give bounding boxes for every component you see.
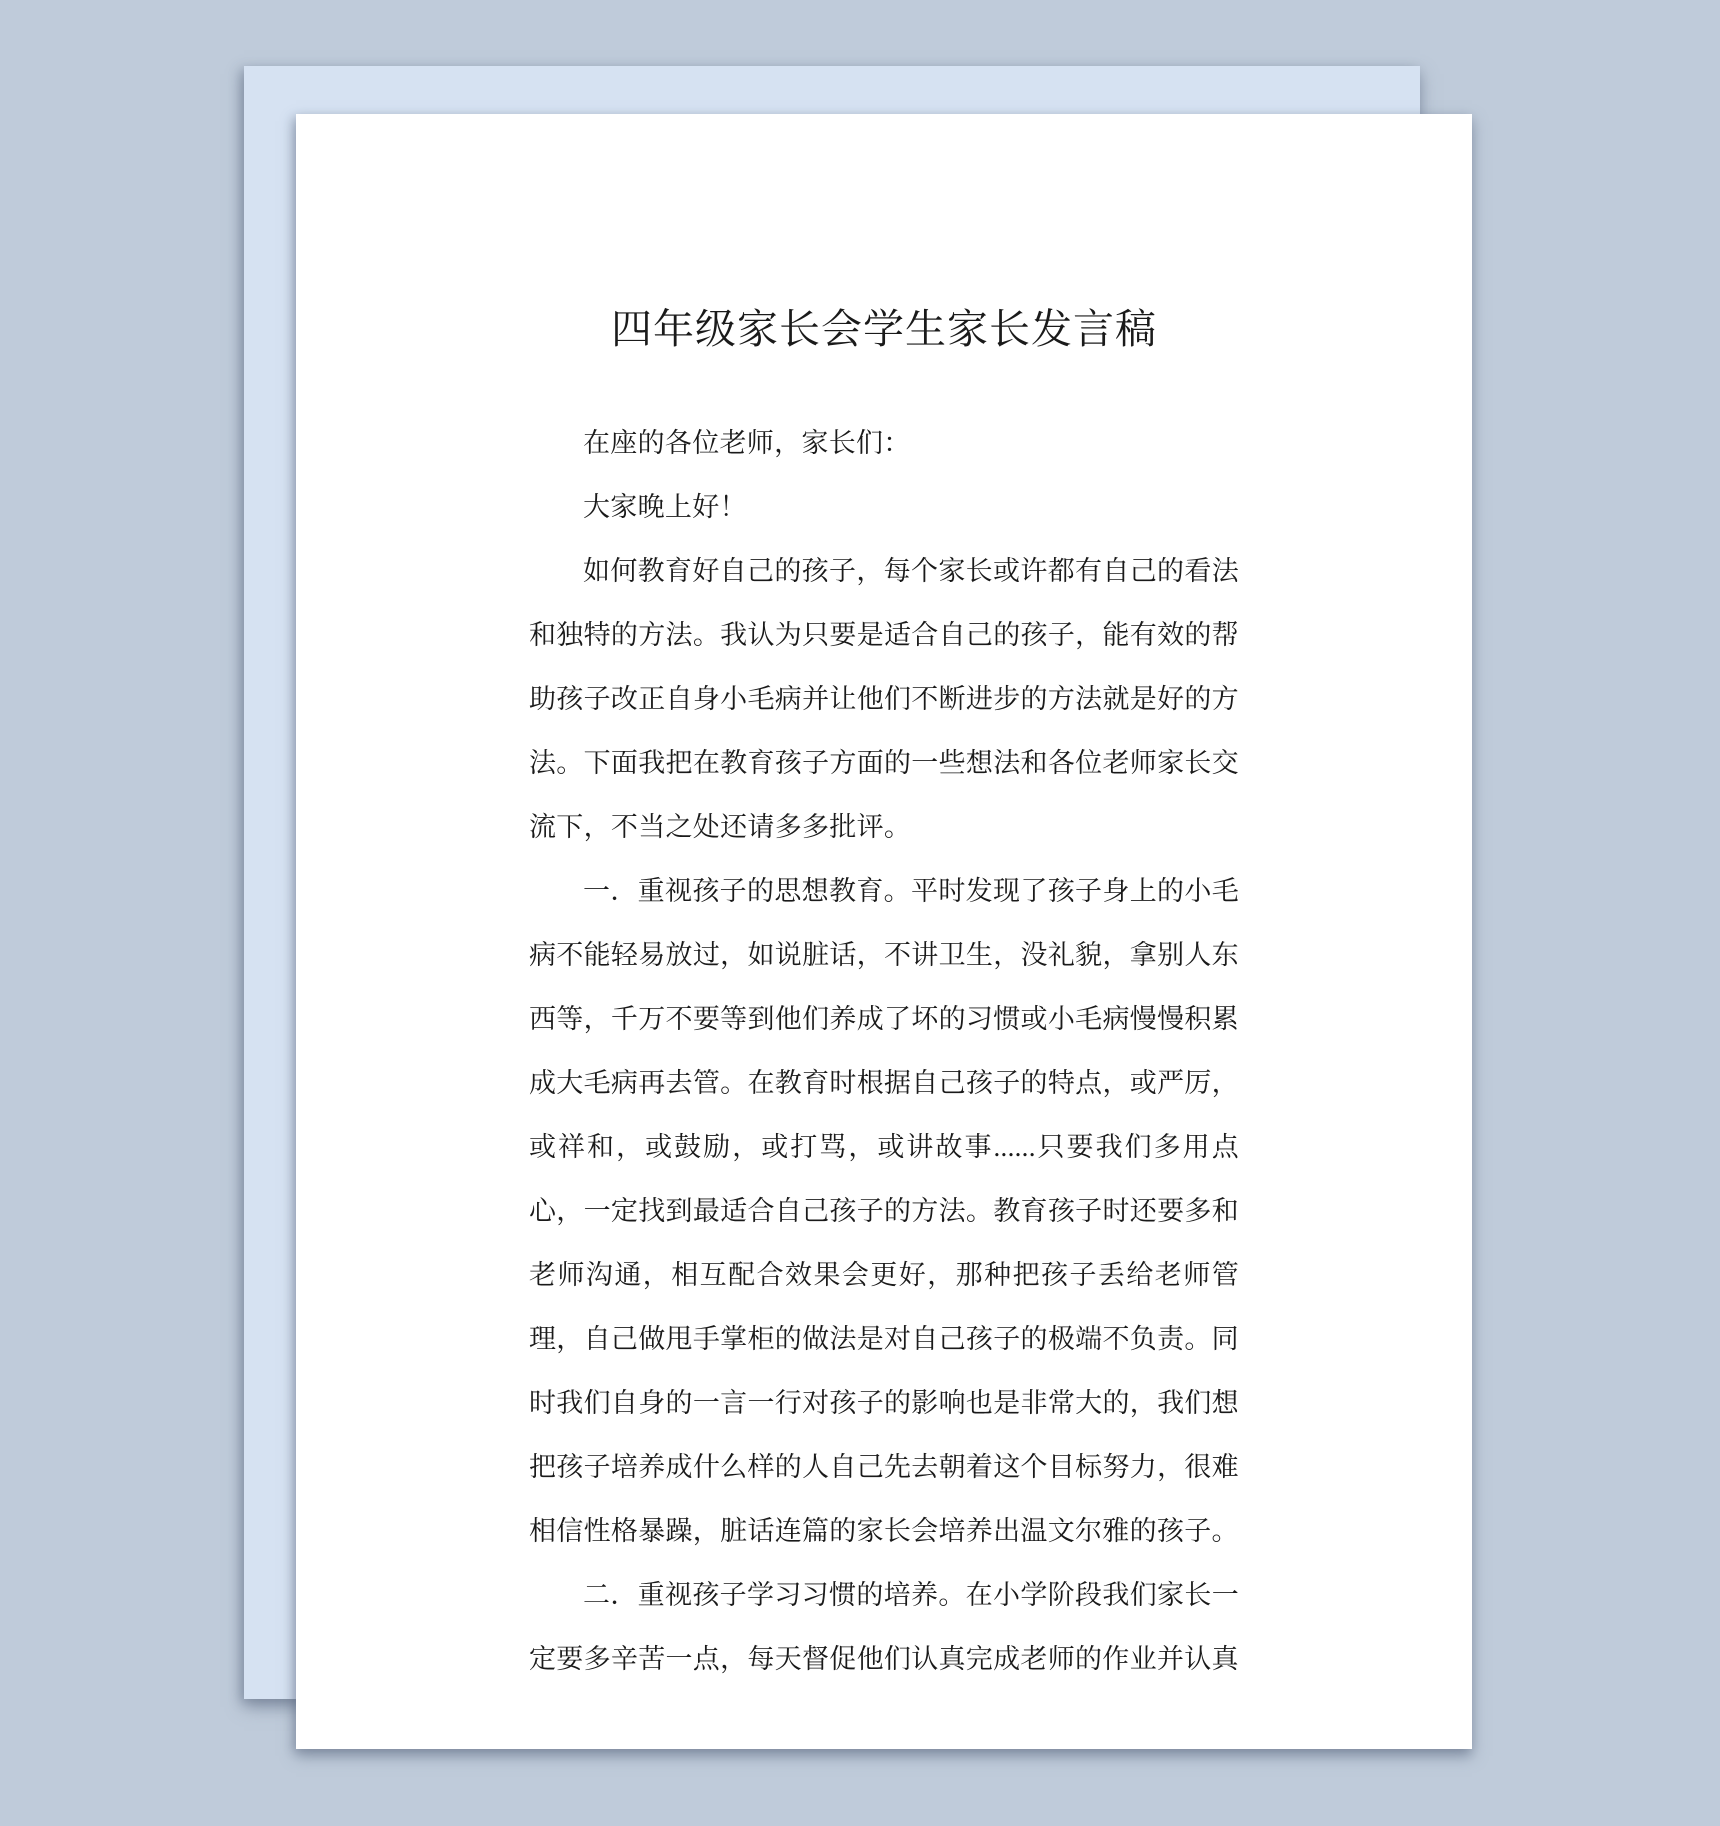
paragraph: 二．重视孩子学习习惯的培养。在小学阶段我们家长一定要多辛苦一点，每天督促他们认真… (529, 1563, 1239, 1691)
document-title: 四年级家长会学生家长发言稿 (296, 296, 1472, 355)
document-page: 四年级家长会学生家长发言稿 在座的各位老师，家长们：大家晚上好！如何教育好自己的… (296, 114, 1472, 1749)
paragraph: 大家晚上好！ (529, 475, 1239, 539)
desktop-background: 四年级家长会学生家长发言稿 在座的各位老师，家长们：大家晚上好！如何教育好自己的… (0, 0, 1720, 1826)
paragraph: 一．重视孩子的思想教育。平时发现了孩子身上的小毛病不能轻易放过，如说脏话，不讲卫… (529, 859, 1239, 1563)
paragraph: 如何教育好自己的孩子，每个家长或许都有自己的看法和独特的方法。我认为只要是适合自… (529, 539, 1239, 859)
paragraph: 在座的各位老师，家长们： (529, 411, 1239, 475)
document-body: 在座的各位老师，家长们：大家晚上好！如何教育好自己的孩子，每个家长或许都有自己的… (296, 411, 1472, 1691)
